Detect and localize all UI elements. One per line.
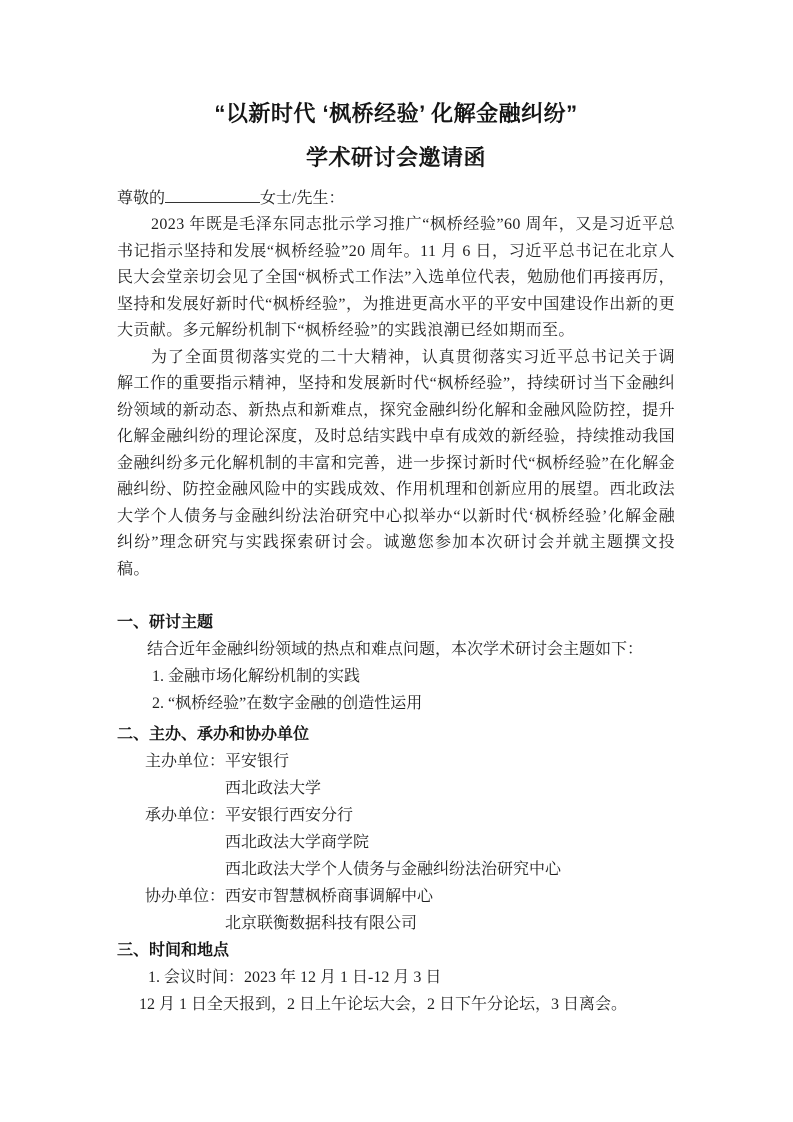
topic-item: 1. 金融市场化解纷机制的实践 bbox=[117, 663, 675, 690]
salutation-prefix: 尊敬的 bbox=[117, 190, 165, 207]
section-heading: 三、时间和地点 bbox=[117, 937, 675, 964]
section-heading: 二、主办、承办和协办单位 bbox=[117, 721, 675, 748]
org-unit: 西安市智慧枫桥商事调解中心 bbox=[225, 888, 433, 905]
org-label: 主办单位： bbox=[145, 753, 225, 770]
org-unit: 平安银行 bbox=[225, 753, 289, 770]
body-paragraph: 2023 年既是毛泽东同志批示学习推广“枫桥经验”60 周年，又是习近平总书记指… bbox=[117, 212, 675, 345]
org-unit: 西北政法大学个人债务与金融纠纷法治研究中心 bbox=[117, 856, 675, 883]
section-intro: 结合近年金融纠纷领域的热点和难点问题，本次学术研讨会主题如下： bbox=[117, 636, 675, 663]
section-topics: 一、研讨主题 结合近年金融纠纷领域的热点和难点问题，本次学术研讨会主题如下： 1… bbox=[117, 609, 675, 717]
document-title: “以新时代 ‘枫桥经验’ 化解金融纠纷” bbox=[117, 100, 675, 127]
salutation-fill-in-blank bbox=[165, 202, 260, 203]
org-row: 协办单位：西安市智慧枫桥商事调解中心 bbox=[117, 883, 675, 910]
org-unit: 平安银行西安分行 bbox=[225, 807, 353, 824]
salutation-line: 尊敬的女士/先生： bbox=[117, 185, 675, 212]
section-time-place: 三、时间和地点 1. 会议时间：2023 年 12 月 1 日-12 月 3 日… bbox=[117, 937, 675, 1018]
document-page: “以新时代 ‘枫桥经验’ 化解金融纠纷” 学术研讨会邀请函 尊敬的女士/先生： … bbox=[0, 0, 793, 1122]
document-subtitle: 学术研讨会邀请函 bbox=[117, 144, 675, 171]
schedule-line: 12 月 1 日全天报到，2 日上午论坛大会，2 日下午分论坛，3 日离会。 bbox=[117, 991, 675, 1018]
org-unit: 西北政法大学 bbox=[117, 775, 675, 802]
body-paragraph: 为了全面贯彻落实党的二十大精神，认真贯彻落实习近平总书记关于调解工作的重要指示精… bbox=[117, 345, 675, 584]
org-unit: 北京联衡数据科技有限公司 bbox=[117, 910, 675, 937]
org-unit: 西北政法大学商学院 bbox=[117, 829, 675, 856]
document-content: “以新时代 ‘枫桥经验’ 化解金融纠纷” 学术研讨会邀请函 尊敬的女士/先生： … bbox=[117, 0, 675, 1018]
section-organizers: 二、主办、承办和协办单位 主办单位：平安银行 西北政法大学 承办单位：平安银行西… bbox=[117, 721, 675, 937]
org-row: 承办单位：平安银行西安分行 bbox=[117, 802, 675, 829]
salutation-suffix: 女士/先生： bbox=[260, 190, 344, 207]
schedule-line: 1. 会议时间：2023 年 12 月 1 日-12 月 3 日 bbox=[117, 964, 675, 991]
org-label: 承办单位： bbox=[145, 807, 225, 824]
org-row: 主办单位：平安银行 bbox=[117, 748, 675, 775]
section-heading: 一、研讨主题 bbox=[117, 609, 675, 636]
org-label: 协办单位： bbox=[145, 888, 225, 905]
topic-item: 2. “枫桥经验”在数字金融的创造性运用 bbox=[117, 690, 675, 717]
